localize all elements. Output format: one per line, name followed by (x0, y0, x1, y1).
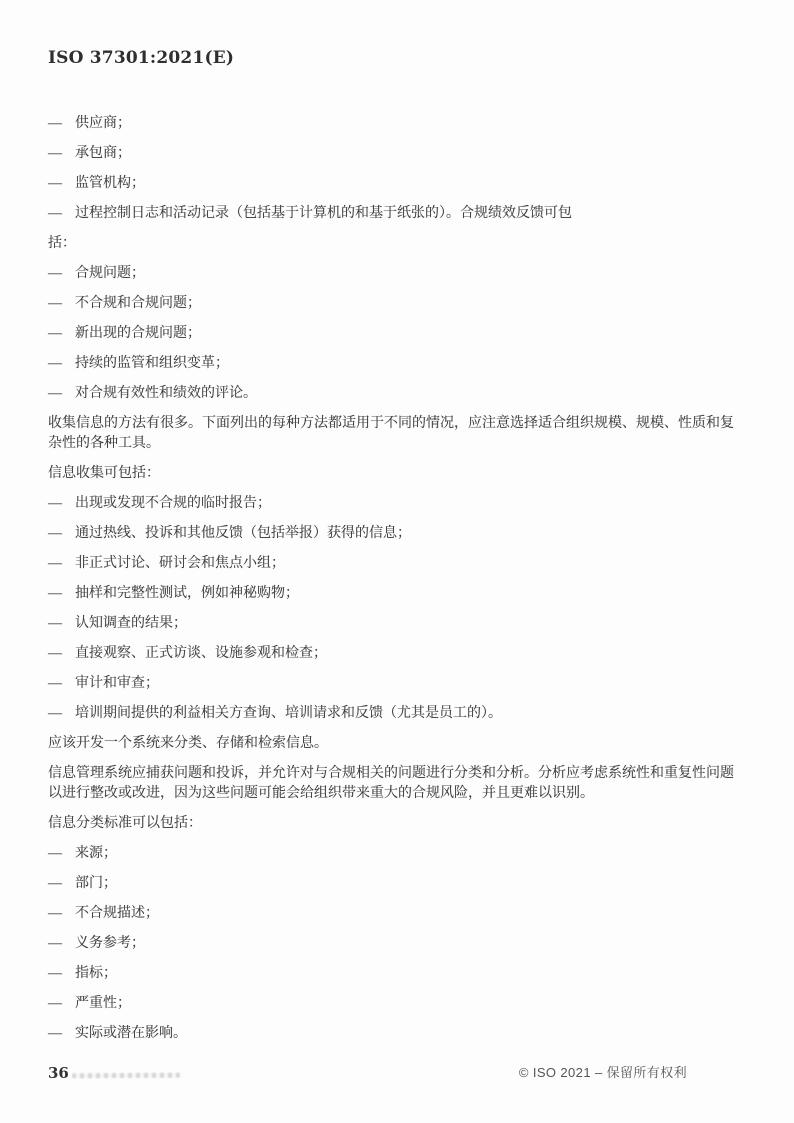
list-item: —抽样和完整性测试，例如神秘购物； (48, 584, 745, 604)
list-dash: — (48, 1024, 75, 1044)
paragraph: 应该开发一个系统来分类、存储和检索信息。 (48, 734, 745, 754)
list-item-text: 合规问题； (75, 266, 145, 281)
list-item-text: 认知调查的结果； (75, 616, 187, 631)
list-item: —供应商； (48, 114, 745, 134)
list-item: —审计和审查； (48, 674, 745, 694)
list-dash: — (48, 934, 75, 954)
list-dash: — (48, 844, 75, 864)
list-dash: — (48, 294, 75, 314)
list-item-text: 指标； (75, 966, 117, 981)
list-group-sources: —供应商； —承包商； —监管机构； —过程控制日志和活动记录（包括基于计算机的… (48, 114, 745, 254)
list-item: —直接观察、正式访谈、设施参观和检查； (48, 644, 745, 664)
list-dash: — (48, 324, 75, 344)
list-item-text: 实际或潜在影响。 (75, 1026, 187, 1041)
list-dash: — (48, 584, 75, 604)
page-title: ISO 37301:2021(E) (48, 46, 745, 70)
list-item: —来源； (48, 844, 745, 864)
list-item-text: 持续的监管和组织变革； (75, 356, 229, 371)
list-item: —认知调查的结果； (48, 614, 745, 634)
list-item-text: 供应商； (75, 116, 131, 131)
list-dash: — (48, 554, 75, 574)
list-item-text: 不合规和合规问题； (75, 296, 201, 311)
list-dash: — (48, 644, 75, 664)
list-item-text: 承包商； (75, 146, 131, 161)
list-dash: — (48, 144, 75, 164)
list-item-text: 通过热线、投诉和其他反馈（包括举报）获得的信息； (75, 526, 411, 541)
list-item-text: 非正式讨论、研讨会和焦点小组； (75, 556, 285, 571)
list-item: —通过热线、投诉和其他反馈（包括举报）获得的信息； (48, 524, 745, 544)
list-item: —非正式讨论、研讨会和焦点小组； (48, 554, 745, 574)
list-item-text: 过程控制日志和活动记录（包括基于计算机的和基于纸张的）。合规绩效反馈可包 (75, 206, 572, 221)
list-dash: — (48, 114, 75, 134)
list-group-feedback: —合规问题； —不合规和合规问题； —新出现的合规问题； —持续的监管和组织变革… (48, 264, 745, 404)
list-item: —义务参考； (48, 934, 745, 954)
list-item: —出现或发现不合规的临时报告； (48, 494, 745, 514)
list-item: —不合规描述； (48, 904, 745, 924)
list-item-text: 括： (48, 236, 76, 251)
list-dash: — (48, 174, 75, 194)
list-item: —持续的监管和组织变革； (48, 354, 745, 374)
list-item-text: 义务参考； (75, 936, 145, 951)
list-item-text: 审计和审查； (75, 676, 159, 691)
list-item: —指标； (48, 964, 745, 984)
list-item-text: 严重性； (75, 996, 131, 1011)
list-item: —监管机构； (48, 174, 745, 194)
list-dash: — (48, 674, 75, 694)
list-dash: — (48, 524, 75, 544)
list-dash: — (48, 704, 75, 724)
list-item-continuation: 括： (48, 234, 745, 254)
list-item: —部门； (48, 874, 745, 894)
list-item: —合规问题； (48, 264, 745, 284)
list-item: —不合规和合规问题； (48, 294, 745, 314)
list-dash: — (48, 384, 75, 404)
list-dash: — (48, 614, 75, 634)
list-item-text: 直接观察、正式访谈、设施参观和检查； (75, 646, 327, 661)
paragraph: 信息收集可包括： (48, 464, 745, 484)
list-dash: — (48, 264, 75, 284)
illegible-watermark (72, 1073, 180, 1079)
page-content: ISO 37301:2021(E) —供应商； —承包商； —监管机构； —过程… (48, 0, 745, 1054)
list-item: —培训期间提供的利益相关方查询、培训请求和反馈（尤其是员工的）。 (48, 704, 745, 724)
list-dash: — (48, 874, 75, 894)
list-item-text: 来源； (75, 846, 117, 861)
list-item-text: 监管机构； (75, 176, 145, 191)
page-number: 36 (48, 1063, 69, 1083)
list-dash: — (48, 904, 75, 924)
list-item-text: 部门； (75, 876, 117, 891)
list-dash: — (48, 994, 75, 1014)
list-item-text: 抽样和完整性测试，例如神秘购物； (75, 586, 299, 601)
document-page: ISO 37301:2021(E) —供应商； —承包商； —监管机构； —过程… (0, 0, 794, 1123)
list-item: —承包商； (48, 144, 745, 164)
list-dash: — (48, 204, 75, 224)
copyright-notice: © ISO 2021 – 保留所有权利 (519, 1064, 687, 1082)
list-item: —严重性； (48, 994, 745, 1014)
list-item-text: 出现或发现不合规的临时报告； (75, 496, 271, 511)
list-item-text: 不合规描述； (75, 906, 159, 921)
list-item-text: 培训期间提供的利益相关方查询、培训请求和反馈（尤其是员工的）。 (75, 706, 502, 721)
paragraph: 收集信息的方法有很多。下面列出的每种方法都适用于不同的情况，应注意选择适合组织规… (48, 414, 745, 454)
list-item: —对合规有效性和绩效的评论。 (48, 384, 745, 404)
list-item: —实际或潜在影响。 (48, 1024, 745, 1044)
paragraph: 信息分类标准可以包括： (48, 814, 745, 834)
list-item-text: 对合规有效性和绩效的评论。 (75, 386, 257, 401)
paragraph: 信息管理系统应捕获问题和投诉，并允许对与合规相关的问题进行分类和分析。分析应考虑… (48, 764, 745, 804)
list-dash: — (48, 354, 75, 374)
list-group-classification-criteria: —来源； —部门； —不合规描述； —义务参考； —指标； —严重性； —实际或… (48, 844, 745, 1044)
list-item: —新出现的合规问题； (48, 324, 745, 344)
list-dash: — (48, 494, 75, 514)
list-group-collection-methods: —出现或发现不合规的临时报告； —通过热线、投诉和其他反馈（包括举报）获得的信息… (48, 494, 745, 724)
list-item: —过程控制日志和活动记录（包括基于计算机的和基于纸张的）。合规绩效反馈可包 (48, 204, 745, 224)
list-dash: — (48, 964, 75, 984)
list-item-text: 新出现的合规问题； (75, 326, 201, 341)
